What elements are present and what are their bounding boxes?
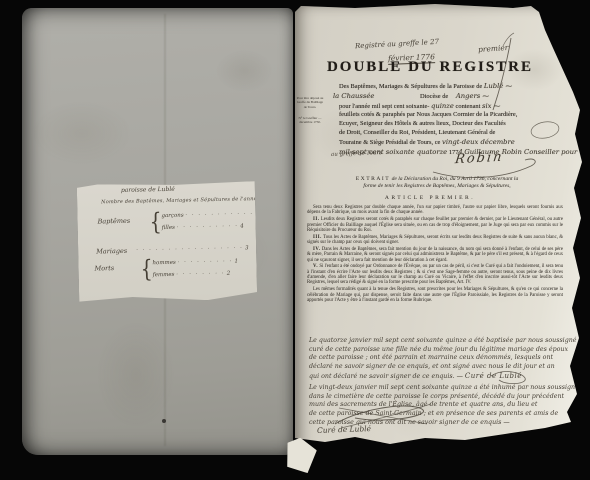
article-paragraph: II. Lesdits deux Registres seront cotés … <box>307 217 563 233</box>
article-paragraph: Sera tenu deux Registres par double chaq… <box>307 205 563 216</box>
preamble-line5: Ecuyer, Seigneur des Hôtels & autres lie… <box>339 120 571 129</box>
ink-spot <box>162 419 166 423</box>
place-fill-in: la Chaussée <box>333 92 374 100</box>
note-title-line: Nombre des Baptêmes, Mariages et Sépultu… <box>101 196 275 206</box>
preamble-print: Touraine & Siège Présidial de Tours, ce <box>339 139 440 146</box>
handwritten-entry-burial: Le vingt-deux janvier mil sept cent soix… <box>309 384 571 428</box>
margin-note-block1: Pour être déposé au Greffe du Bailliage … <box>296 96 324 109</box>
article-body: Tous les Actes de Baptêmes, Mariages & S… <box>307 235 563 245</box>
entry-line: curé de cette paroisse une fille née du … <box>309 346 571 355</box>
article-number: II. <box>313 217 319 222</box>
entry-line: qui ont déclaré ne savoir signer de ce e… <box>309 372 571 382</box>
article-number: III. <box>313 235 322 240</box>
preamble-print: pour l'année mil sept cent soixante- <box>339 103 429 110</box>
marriages-count: 3 <box>245 245 249 251</box>
dot-leader: · · · · · · · · · · <box>177 224 239 231</box>
margin-note: Pour être déposé au Greffe du Bailliage … <box>296 96 324 131</box>
entry-line: muni des sacrements de l'Église, âgé de … <box>309 401 571 410</box>
right-page: Registré au greffe le 27 février 1776 pr… <box>295 4 587 474</box>
entry-line: Le quatorze janvier mil sept cent soixan… <box>309 337 571 346</box>
page-title: DOUBLE DU REGISTRE <box>295 59 565 76</box>
preamble: Des Baptêmes, Mariages & Sépultures de l… <box>339 82 571 157</box>
preamble-line3: pour l'année mil sept cent soixante- qui… <box>339 102 571 112</box>
dot-leader: · · · · · · · · · · · · · · · · · <box>136 245 243 253</box>
preamble-line6: de Droit, Conseiller du Roi, Président, … <box>339 129 571 138</box>
women-count: 2 <box>227 271 231 277</box>
girls-label: filles <box>162 225 175 231</box>
dot-leader: · · · · · · · · <box>176 271 225 278</box>
preamble-line7: Touraine & Siège Présidial de Tours, ce … <box>339 138 571 148</box>
marriages-row: · · · · · · · · · · · · · · · · · 3 <box>136 245 249 253</box>
cure-signature: Curé de Lublé <box>465 372 522 380</box>
article-paragraph: IV. Dans les Actes de Baptêmes, sera fai… <box>307 247 563 263</box>
article-paragraph: V. Si l'enfant a été ondoyé par Ordonnan… <box>307 264 563 285</box>
cure-signature: Curé de Lublé <box>317 424 371 435</box>
deaths-women-row: femmes · · · · · · · · 2 <box>153 271 231 279</box>
extrait-line1: EXTRAIT de la Déclaration du Roi, du 9 A… <box>321 176 553 183</box>
article-body: Les mêmes formalités quant à la tenue de… <box>307 287 563 303</box>
entry-line: Le vingt-deux janvier mil sept cent soix… <box>309 384 571 393</box>
deaths-men-row: hommes · · · · · · · · · 1 <box>152 259 238 267</box>
boys-label: garçons <box>161 213 183 219</box>
article-premier-heading: ARTICLE PREMIER. <box>295 195 565 201</box>
extrait-word: EXTRAIT <box>356 176 390 182</box>
deaths-label: Morts <box>94 264 114 272</box>
year-fill-in: quinze <box>431 102 454 110</box>
article-number: IV. <box>313 247 320 252</box>
official-signature: Robin <box>454 150 504 168</box>
dot-leader: · · · · · · · · · <box>177 259 232 266</box>
extrait-rest: de la Déclaration du Roi, du 9 Avril 173… <box>390 176 518 182</box>
men-count: 1 <box>234 259 238 265</box>
pasted-summary-note: paroisse de Lublé Nombre des Baptêmes, M… <box>77 181 257 303</box>
preamble-line1: Des Baptêmes, Mariages & Sépultures de l… <box>339 82 571 92</box>
entry-line: de cette paroisse de Saint-Germain ; et … <box>309 410 571 419</box>
corner-annotation: premier <box>478 43 509 54</box>
baptisms-label: Baptêmes <box>97 217 130 226</box>
article-paragraph: III. Tous les Actes de Baptêmes, Mariage… <box>307 235 563 246</box>
article-paragraph: Les mêmes formalités quant à la tenue de… <box>307 287 563 303</box>
girls-count: 4 <box>240 223 244 229</box>
brace-glyph: { <box>140 256 153 284</box>
baptisms-girls-row: filles · · · · · · · · · · 4 <box>162 223 244 231</box>
article-body: Lesdits deux Registres seront cotés & pa… <box>307 217 563 233</box>
dot-leader: · · · · · · · · · · · · <box>185 211 260 219</box>
entry-line: de cette paroisse ; ont été parrain et m… <box>309 354 571 363</box>
extrait-line2: forme de tenir les Registres de Baptêmes… <box>321 183 553 190</box>
preamble-print: Des Baptêmes, Mariages & Sépultures de l… <box>339 83 482 90</box>
women-label: femmes <box>153 272 175 278</box>
brace-glyph: { <box>149 208 162 236</box>
articles-text: Sera tenu deux Registres par double chaq… <box>307 205 563 305</box>
margin-note-block2: N° le Greffier — décembre 1750. <box>296 116 324 125</box>
note-parish-line: paroisse de Lublé <box>121 186 175 194</box>
date-fill-in: vingt-deux décembre <box>442 138 515 146</box>
diocese-fill-in: Angers ⁓ <box>456 92 489 100</box>
men-label: hommes <box>152 260 175 266</box>
preamble-print: contenant <box>456 103 481 110</box>
baptisms-boys-row: garçons · · · · · · · · · · · · 2 <box>161 211 265 219</box>
preamble-print: Diocèse de <box>420 93 448 102</box>
parish-fill-in: Lublé ⁓ <box>484 82 512 90</box>
preamble-line4: feuillets cotés & paraphés par Nous Jacq… <box>339 111 571 120</box>
register-scan: paroisse de Lublé Nombre des Baptêmes, M… <box>0 0 590 480</box>
article-body: Si l'enfant a été ondoyé par Ordonnance … <box>307 264 563 285</box>
marriages-label: Mariages <box>96 247 127 256</box>
article-body: Dans les Actes de Baptêmes, sera fait me… <box>307 247 563 263</box>
folio-count-fill-in: six ⁓ <box>482 102 500 110</box>
preamble-line2: la Chaussée Diocèse de Angers ⁓ <box>333 92 571 102</box>
extrait-heading: EXTRAIT de la Déclaration du Roi, du 9 A… <box>321 176 553 189</box>
entry-text: qui ont déclaré ne savoir signer de ce e… <box>309 373 465 380</box>
registration-annotation: Registré au greffe le 27 <box>355 38 439 50</box>
boys-count: 2 <box>262 211 266 217</box>
left-page: paroisse de Lublé Nombre des Baptêmes, M… <box>22 8 293 455</box>
article-number: V. <box>313 264 318 269</box>
article-body: Sera tenu deux Registres par double chaq… <box>307 205 563 215</box>
entry-line: déclaré ne savoir signer de ce enquis, e… <box>309 363 571 372</box>
handwritten-entry-baptism: Le quatorze janvier mil sept cent soixan… <box>309 337 571 382</box>
